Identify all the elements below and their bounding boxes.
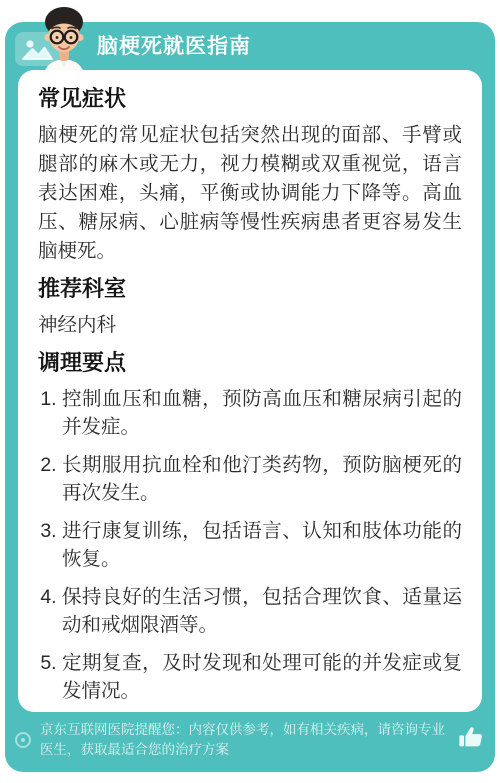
list-item: 保持良好的生活习惯，包括合理饮食、适量运动和戒烟限酒等。 bbox=[62, 583, 462, 639]
section-heading-department: 推荐科室 bbox=[38, 274, 462, 304]
care-points-list: 控制血压和血糖，预防高血压和糖尿病引起的并发症。 长期服用抗血栓和他汀类药物，预… bbox=[38, 385, 462, 705]
page-title: 脑梗死就医指南 bbox=[97, 22, 251, 72]
list-item: 定期复查，及时发现和处理可能的并发症或复发情况。 bbox=[62, 649, 462, 705]
info-circle-icon bbox=[15, 732, 31, 748]
footer: 京东互联网医院提醒您：内容仅供参考，如有相关疾病，请咨询专业医生，获取最适合您的… bbox=[15, 714, 485, 766]
list-item: 进行康复训练，包括语言、认知和肢体功能的恢复。 bbox=[62, 517, 462, 573]
header: 脑梗死就医指南 bbox=[5, 22, 495, 70]
department-text: 神经内科 bbox=[38, 311, 462, 340]
disclaimer-text: 京东互联网医院提醒您：内容仅供参考，如有相关疾病，请咨询专业医生，获取最适合您的… bbox=[40, 720, 448, 760]
guide-card-container: 脑梗死就医指南 常见症状 脑梗死的常见症状包括突然出现的面部、手臂或腿部的麻木或… bbox=[5, 22, 495, 772]
content-card: 常见症状 脑梗死的常见症状包括突然出现的面部、手臂或腿部的麻木或无力，视力模糊或… bbox=[18, 70, 482, 712]
symptoms-text: 脑梗死的常见症状包括突然出现的面部、手臂或腿部的麻木或无力，视力模糊或双重视觉，… bbox=[38, 121, 462, 266]
section-heading-symptoms: 常见症状 bbox=[38, 84, 462, 114]
section-heading-care-points: 调理要点 bbox=[38, 348, 462, 378]
list-item: 长期服用抗血栓和他汀类药物，预防脑梗死的再次发生。 bbox=[62, 451, 462, 507]
thumbs-up-icon[interactable] bbox=[457, 723, 485, 751]
list-item: 控制血压和血糖，预防高血压和糖尿病引起的并发症。 bbox=[62, 385, 462, 441]
